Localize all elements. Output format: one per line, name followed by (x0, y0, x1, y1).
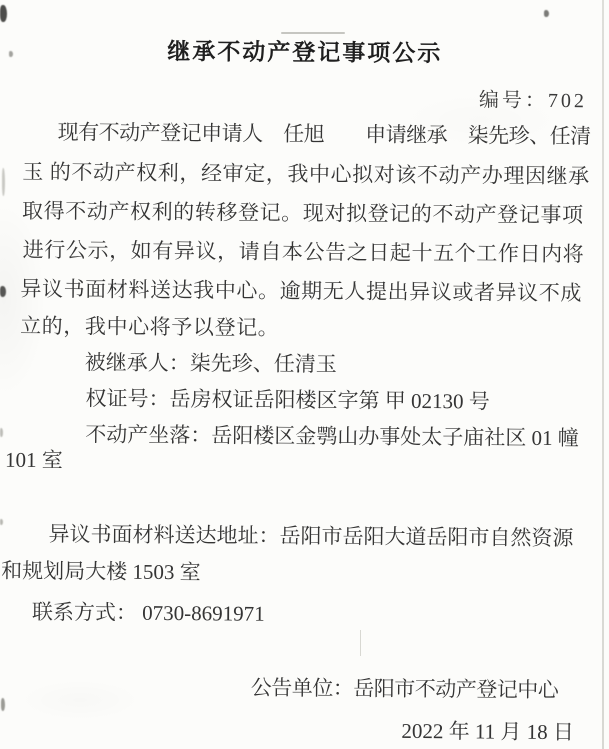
doc-number: 编号：702 (479, 83, 587, 113)
body-line: 玉 的不动产权利，经审定，我中心拟对该不动产办理因继承 (22, 156, 590, 190)
scanned-notice-page: 继承不动产登记事项公示 编号：702 现有不动产登记申请人 任旭 申请继承 柒先… (0, 0, 609, 749)
issuing-unit-line: 公告单位：岳阳市不动产登记中心 (251, 672, 559, 704)
body-line: 异议书面材料送达我中心。逾期无人提出异议或者异议不成 (20, 273, 582, 307)
property-location-line: 不动产坐落：岳阳楼区金鹗山办事处太子庙社区 01 幢 (85, 418, 579, 452)
property-location-line: 101 室 (5, 444, 63, 474)
document-content: 继承不动产登记事项公示 编号：702 现有不动产登记申请人 任旭 申请继承 柒先… (0, 0, 609, 749)
notice-title: 继承不动产登记事项公示 (0, 32, 609, 70)
objection-address-line: 异议书面材料送达地址：岳阳市岳阳大道岳阳市自然资源 (48, 518, 573, 552)
objection-address-line: 和规划局大楼 1503 室 (1, 555, 201, 587)
contact-line: 联系方式： 0730-8691971 (32, 596, 265, 628)
certificate-number-line: 权证号：岳房权证岳阳楼区字第 甲 02130 号 (85, 382, 489, 415)
body-line: 取得不动产权利的转移登记。现对拟登记的不动产登记事项 (22, 195, 584, 229)
body-line: 进行公示，如有异议，请自本公告之日起十五个工作日内将 (23, 234, 585, 268)
body-line: 立的，我中心将予以登记。 (20, 310, 279, 342)
issue-date-line: 2022 年 11 月 18 日 (401, 715, 574, 746)
heir-line: 被继承人：柒先珍、任清玉 (85, 346, 337, 378)
body-line: 现有不动产登记申请人 任旭 申请继承 柒先珍、任清 (58, 116, 591, 150)
